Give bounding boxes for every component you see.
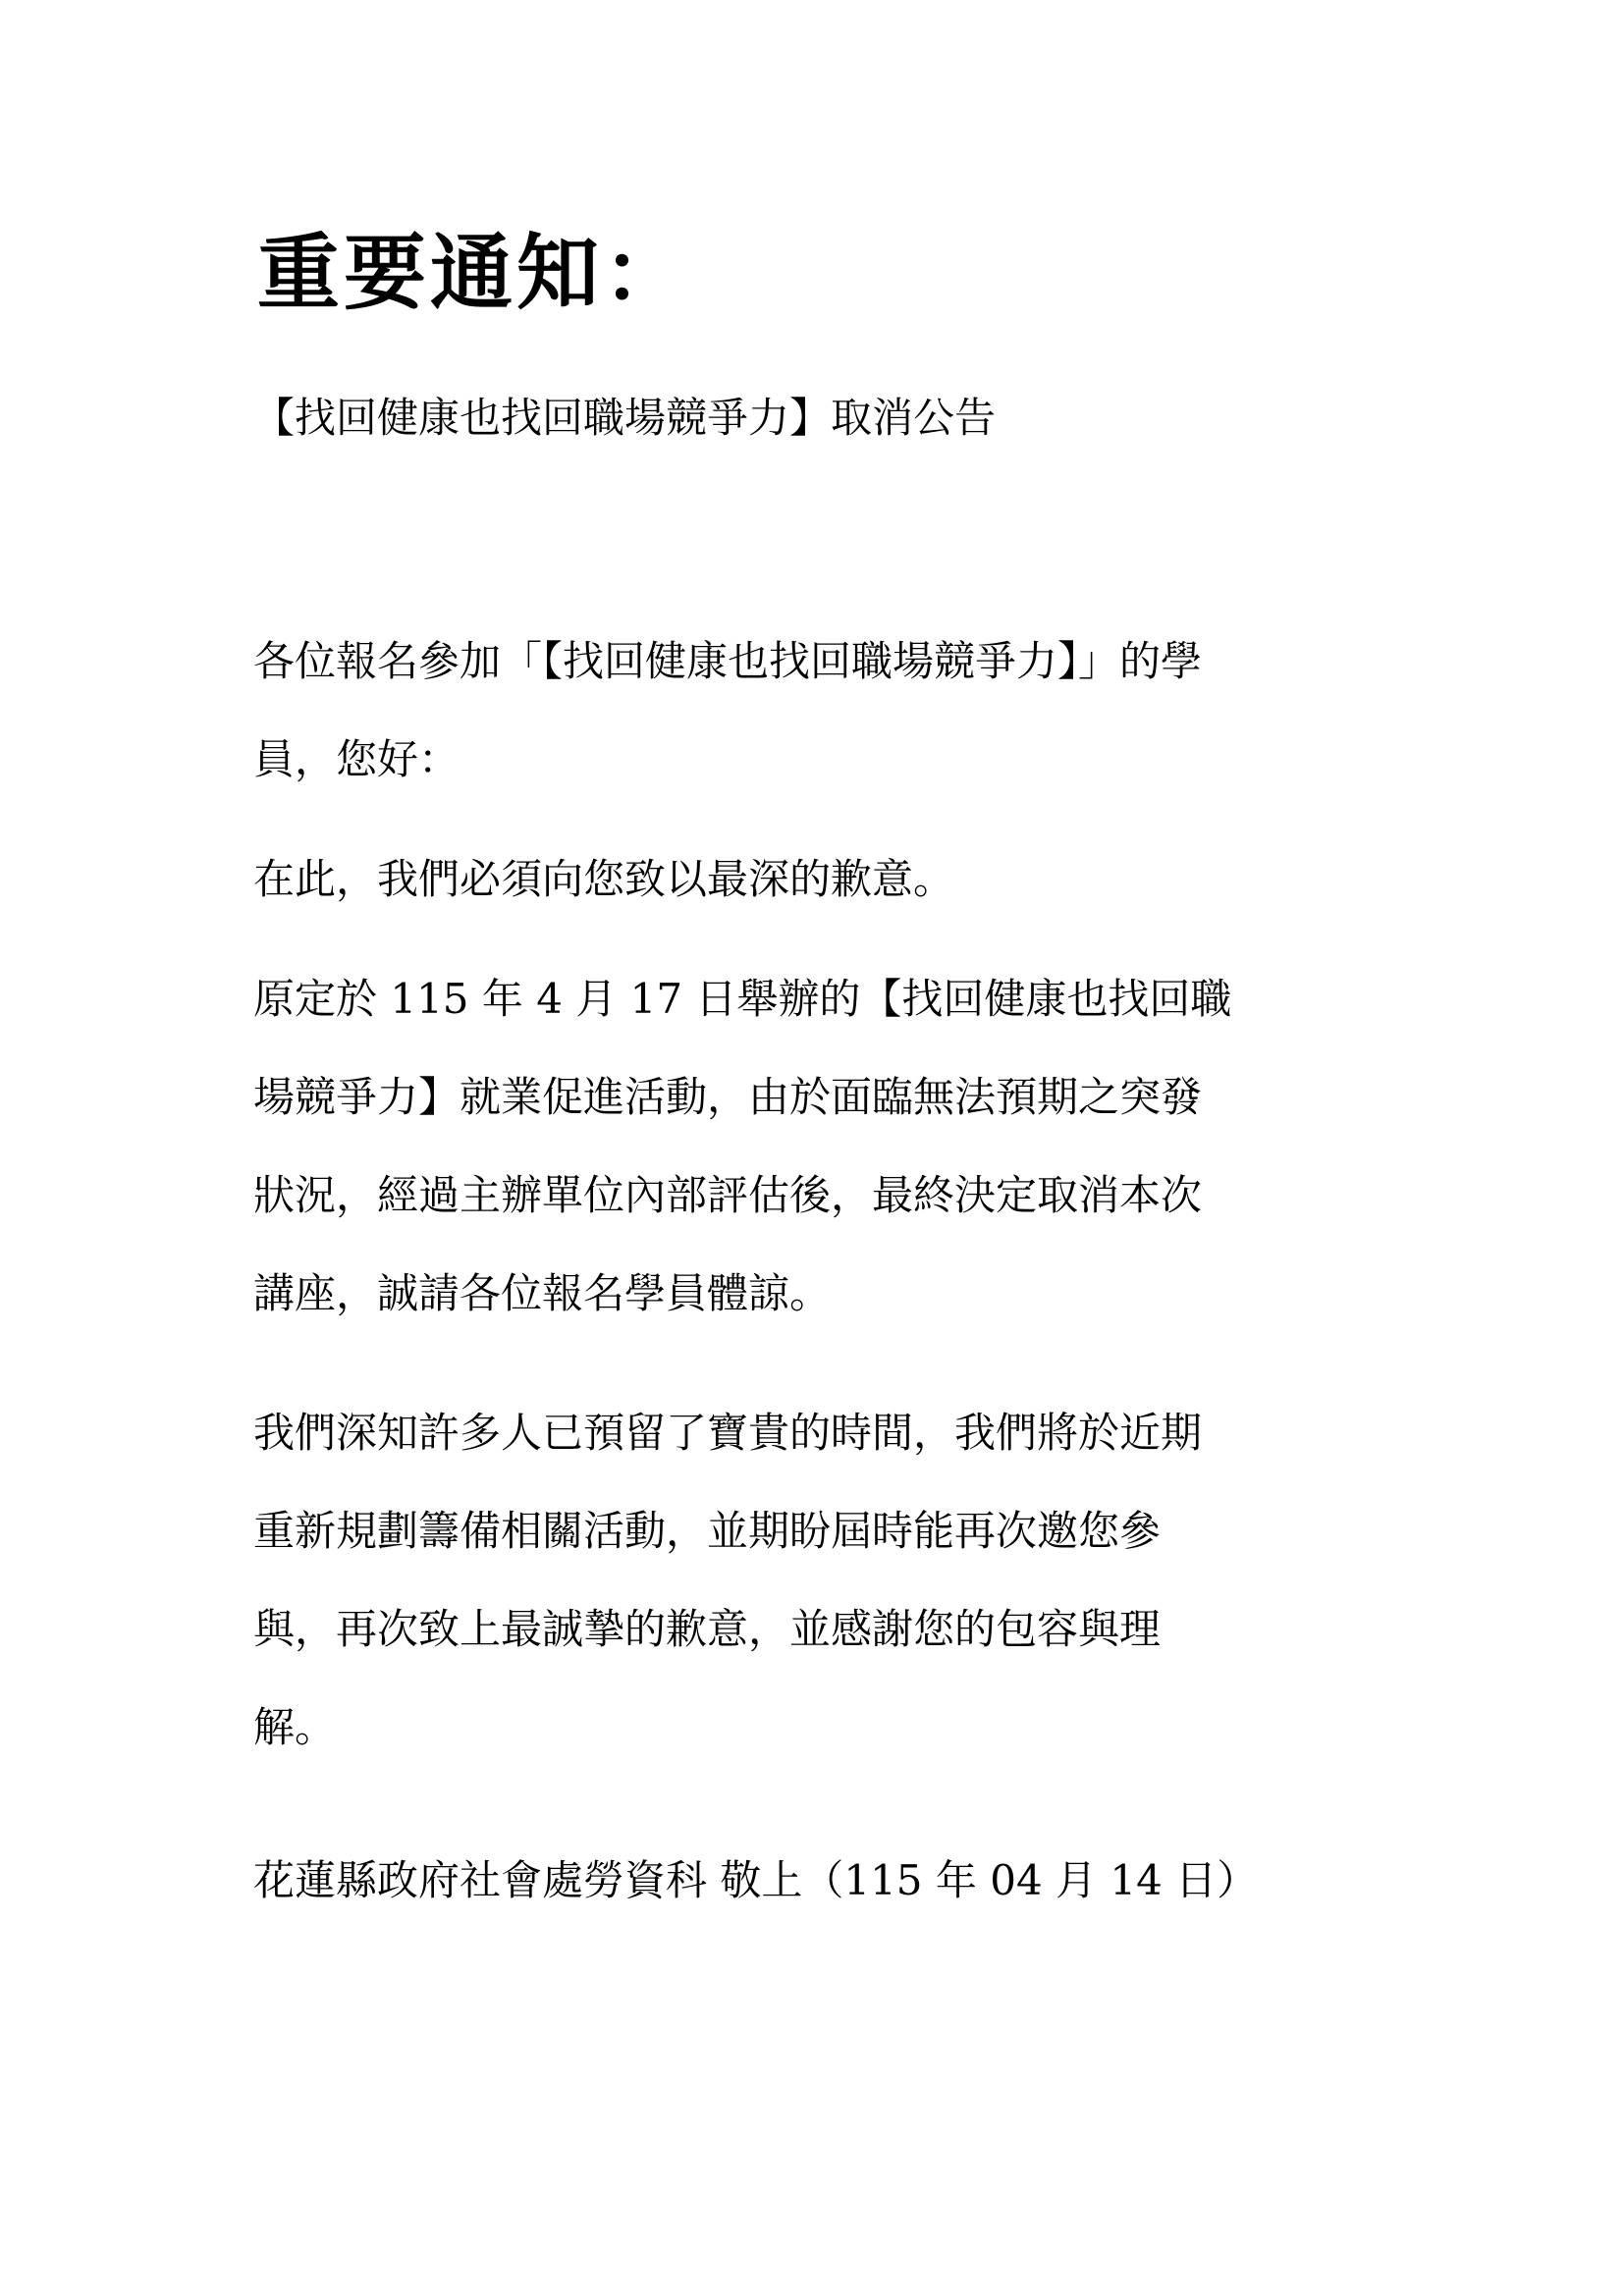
announcement-line: 講座，誠請各位報名學員體諒。 [253, 1266, 831, 1321]
closing-line: 重新規劃籌備相關活動，並期盼屆時能再次邀您參 [253, 1504, 1161, 1559]
closing-line: 與，再次致上最誠摯的歉意，並感謝您的包容與理 [253, 1602, 1161, 1657]
closing-line: 解。 [253, 1700, 336, 1755]
document-page: 重要通知： 【找回健康也找回職場競爭力】取消公告 各位報名參加「【找回健康也找回… [0, 0, 1624, 2296]
apology-line: 在此，我們必須向您致以最深的歉意。 [253, 852, 954, 907]
notice-subtitle: 【找回健康也找回職場競爭力】取消公告 [253, 391, 996, 446]
greeting-line: 員，您好： [253, 732, 460, 787]
notice-title: 重要通知： [257, 224, 689, 322]
announcement-line: 原定於 115 年 4 月 17 日舉辦的【找回健康也找回職 [253, 972, 1231, 1027]
signature-line: 花蓮縣政府社會處勞資科 敬上（115 年 04 月 14 日） [253, 1853, 1258, 1908]
greeting-line: 各位報名參加「【找回健康也找回職場競爭力】」的學 [253, 634, 1202, 689]
closing-line: 我們深知許多人已預留了寶貴的時間，我們將於近期 [253, 1406, 1202, 1461]
announcement-line: 狀況，經過主辦單位內部評估後，最終決定取消本次 [253, 1168, 1202, 1223]
announcement-line: 場競爭力】就業促進活動，由於面臨無法預期之突發 [253, 1070, 1202, 1125]
